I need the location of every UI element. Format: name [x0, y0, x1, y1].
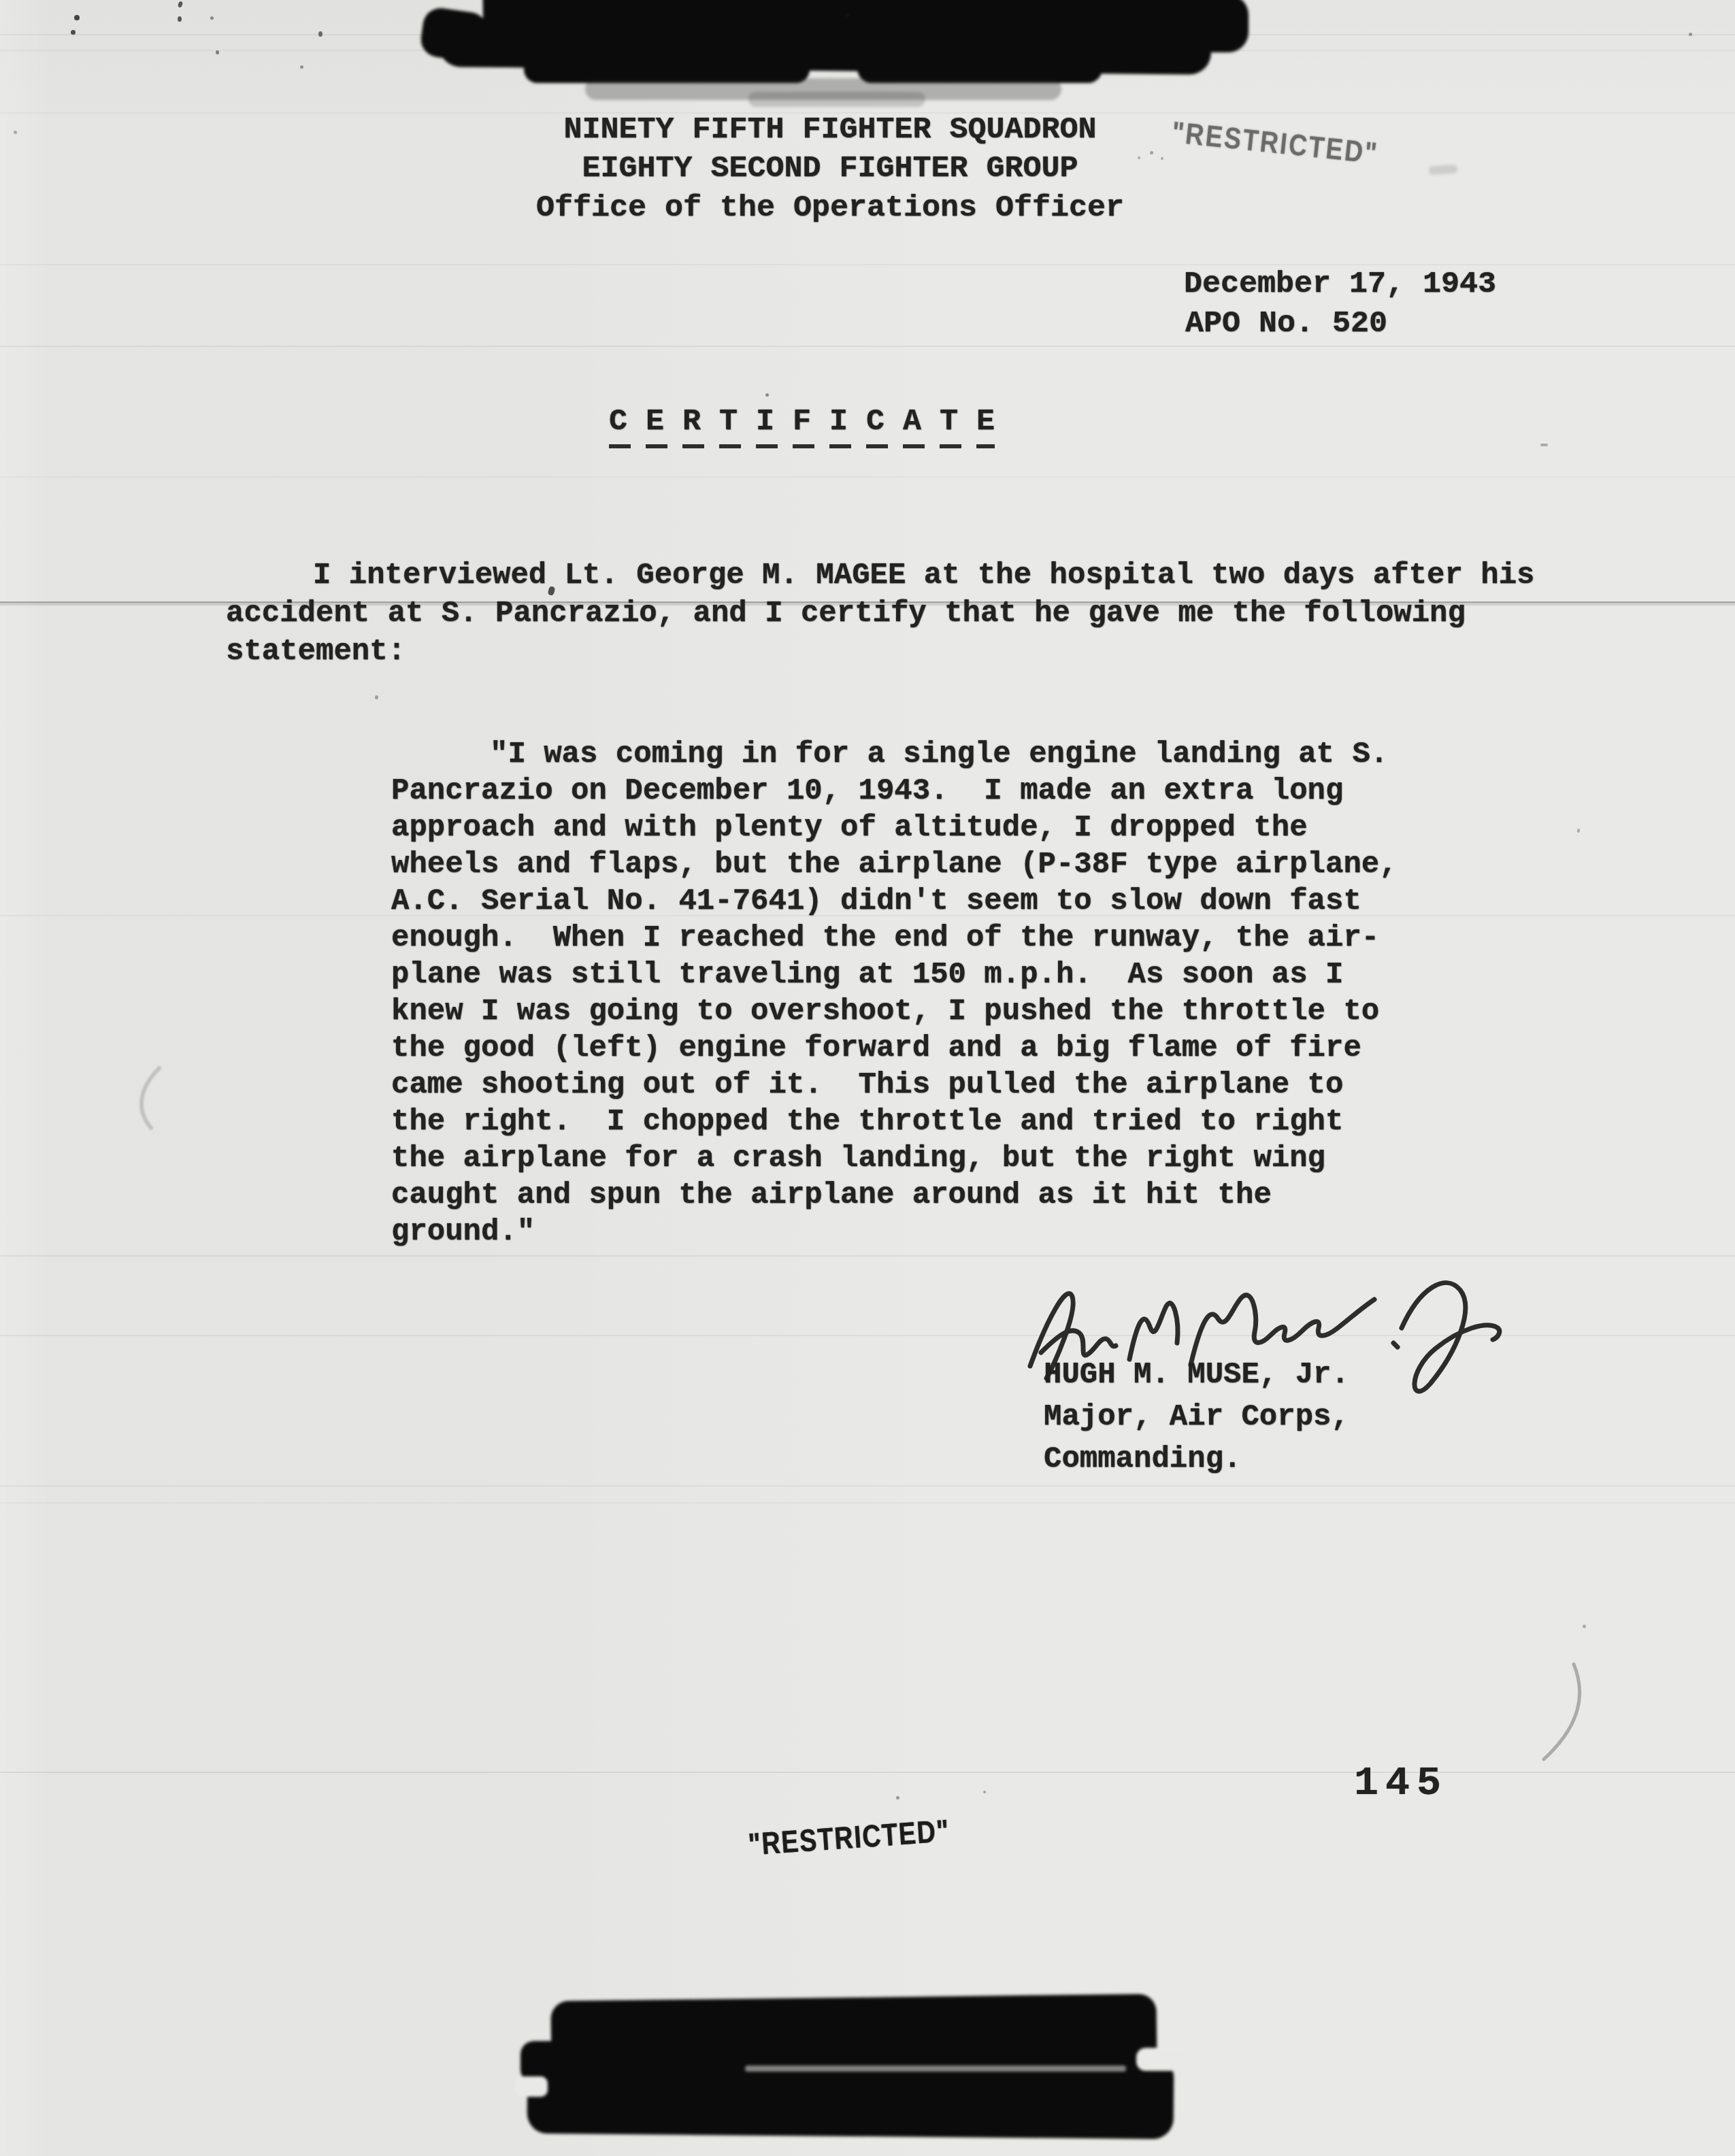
- scan-line-artifact: [0, 1772, 1735, 1773]
- restricted-stamp-bottom: "RESTRICTED": [747, 1812, 951, 1863]
- ink-speck: [1689, 33, 1692, 36]
- pencil-smudge: [1429, 165, 1458, 176]
- ink-speck: [765, 393, 769, 397]
- pen-mark: [1521, 1659, 1602, 1768]
- ink-speck: [1583, 1625, 1586, 1628]
- ink-speck: [216, 50, 219, 54]
- statement-paragraph: "I was coming in for a single engine lan…: [391, 736, 1480, 1250]
- document-page: NINETY FIFTH FIGHTER SQUADRON EIGHTY SEC…: [0, 0, 1735, 2156]
- scan-line-artifact: [0, 476, 1735, 478]
- letterhead-group: EIGHTY SECOND FIGHTER GROUP: [476, 149, 1184, 188]
- ink-speck: [14, 131, 17, 134]
- ink-speck: [1577, 829, 1580, 833]
- ink-speck: [318, 31, 323, 37]
- apo-line: APO No. 520: [1185, 306, 1387, 341]
- ink-speck: [1540, 444, 1548, 446]
- ink-speck: [71, 30, 76, 35]
- redaction-mark-bottom: [520, 1985, 1194, 2155]
- intro-paragraph: I interviewed Lt. George M. MAGEE at the…: [226, 557, 1641, 671]
- letterhead-office: Office of the Operations Officer: [476, 188, 1184, 229]
- ink-speck: [375, 695, 378, 699]
- redaction-mark-top: [422, 0, 1266, 122]
- restricted-stamp-top: "RESTRICTED": [1170, 116, 1381, 171]
- ink-speck: [300, 65, 303, 69]
- ink-speck: [1161, 157, 1163, 160]
- signer-role: Commanding.: [1044, 1442, 1241, 1476]
- scan-line-artifact: [0, 1255, 1735, 1257]
- ink-speck: [846, 14, 849, 17]
- ink-speck: [210, 16, 214, 20]
- ink-speck: [1138, 156, 1140, 159]
- scan-line-artifact: [0, 1502, 1735, 1504]
- document-title: C E R T I F I C A T E: [609, 404, 995, 448]
- letterhead-squadron: NINETY FIFTH FIGHTER SQUADRON: [476, 110, 1184, 149]
- pen-mark: [124, 1061, 178, 1136]
- ink-speck: [178, 16, 182, 22]
- scan-line-artifact: [0, 264, 1735, 265]
- scan-line-artifact: [0, 346, 1735, 347]
- letterhead: NINETY FIFTH FIGHTER SQUADRON EIGHTY SEC…: [476, 110, 1184, 229]
- signer-name: HUGH M. MUSE, Jr.: [1044, 1358, 1349, 1392]
- ink-speck: [896, 1796, 899, 1800]
- date-line: December 17, 1943: [1184, 267, 1496, 301]
- scan-line-artifact: [0, 1485, 1735, 1487]
- ink-speck: [74, 15, 80, 20]
- ink-speck: [1150, 151, 1153, 154]
- ink-speck: [178, 1, 184, 8]
- page-number: 145: [1354, 1761, 1448, 1807]
- ink-speck: [983, 1791, 986, 1793]
- signer-rank: Major, Air Corps,: [1044, 1400, 1349, 1434]
